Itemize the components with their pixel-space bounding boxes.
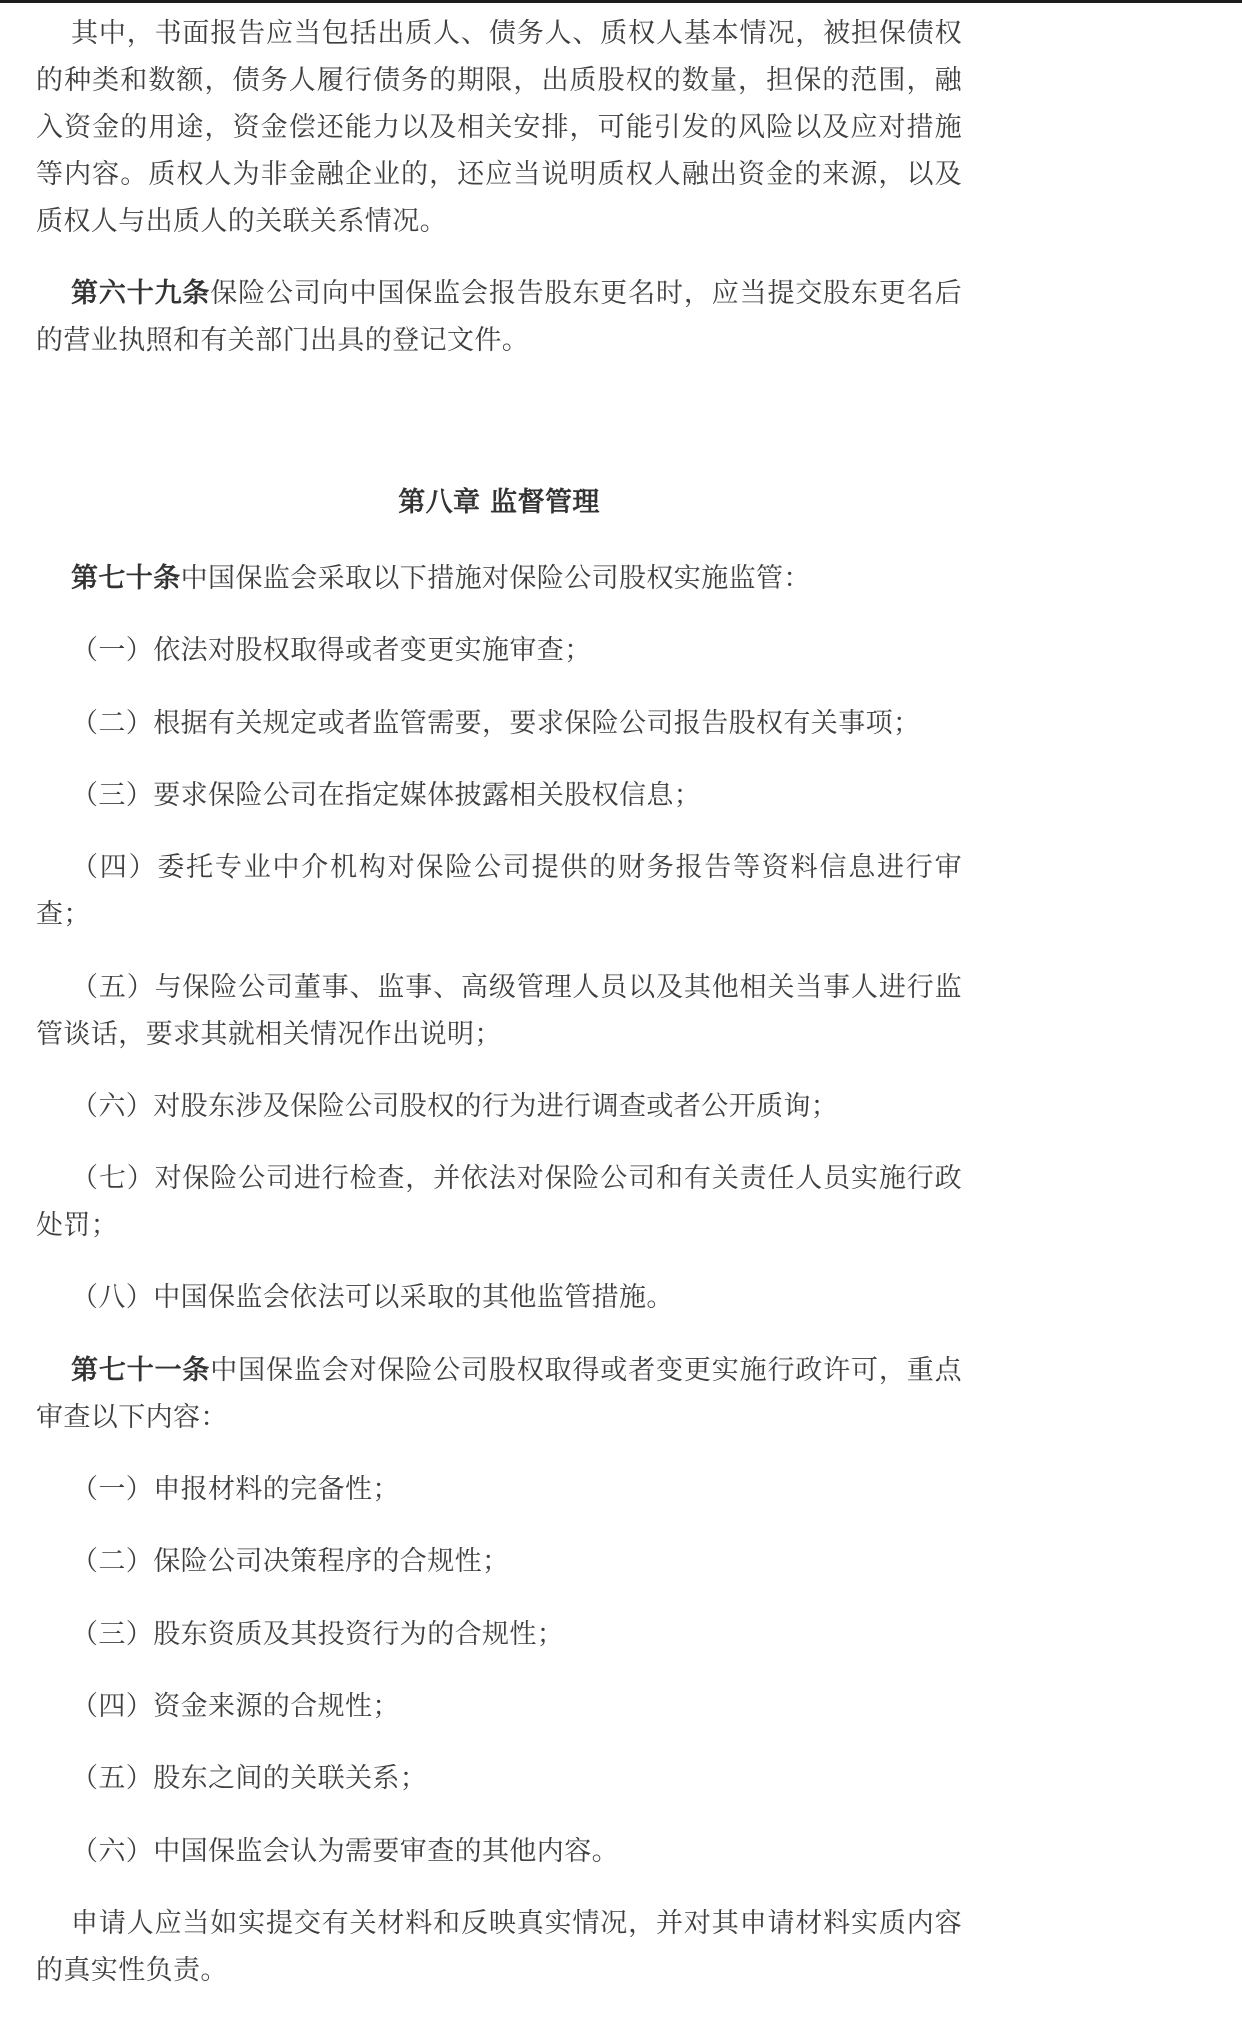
- article-71-title: 第七十一条: [71, 1355, 210, 1386]
- article-70-title: 第七十条: [71, 563, 181, 594]
- article-71-item-5: （五）股东之间的关联关系；: [36, 1755, 962, 1802]
- document-body: 其中，书面报告应当包括出质人、债务人、质权人基本情况，被担保债权的种类和数额，债…: [36, 10, 962, 2018]
- article-70-item-1: （一）依法对股权取得或者变更实施审查；: [36, 627, 962, 674]
- article-70-item-2: （二）根据有关规定或者监管需要，要求保险公司报告股权有关事项；: [36, 700, 962, 747]
- article-71-item-6: （六）中国保监会认为需要审查的其他内容。: [36, 1828, 962, 1875]
- paragraph-pledge-report-contents: 其中，书面报告应当包括出质人、债务人、质权人基本情况，被担保债权的种类和数额，债…: [36, 10, 962, 245]
- article-71-item-2: （二）保险公司决策程序的合规性；: [36, 1538, 962, 1585]
- article-70-item-5: （五）与保险公司董事、监事、高级管理人员以及其他相关当事人进行监管谈话，要求其就…: [36, 964, 962, 1058]
- article-70-text: 中国保监会采取以下措施对保险公司股权实施监管：: [181, 563, 811, 594]
- article-69-title: 第六十九条: [71, 278, 210, 309]
- article-70-item-4: （四）委托专业中介机构对保险公司提供的财务报告等资料信息进行审查；: [36, 844, 962, 938]
- article-71-closing: 申请人应当如实提交有关材料和反映真实情况，并对其申请材料实质内容的真实性负责。: [36, 1900, 962, 1994]
- chapter-heading: 第八章 监督管理: [36, 479, 962, 526]
- article-70-item-3: （三）要求保险公司在指定媒体披露相关股权信息；: [36, 772, 962, 819]
- article-71-item-3: （三）股东资质及其投资行为的合规性；: [36, 1611, 962, 1658]
- article-70-item-6: （六）对股东涉及保险公司股权的行为进行调查或者公开质询；: [36, 1083, 962, 1130]
- article-70-item-8: （八）中国保监会依法可以采取的其他监管措施。: [36, 1274, 962, 1321]
- article-71-item-4: （四）资金来源的合规性；: [36, 1683, 962, 1730]
- article-70: 第七十条中国保监会采取以下措施对保险公司股权实施监管：: [36, 555, 962, 602]
- article-70-item-7: （七）对保险公司进行检查，并依法对保险公司和有关责任人员实施行政处罚；: [36, 1155, 962, 1249]
- top-edge-bar: [0, 0, 1242, 3]
- article-69: 第六十九条保险公司向中国保监会报告股东更名时，应当提交股东更名后的营业执照和有关…: [36, 270, 962, 364]
- article-71: 第七十一条中国保监会对保险公司股权取得或者变更实施行政许可，重点审查以下内容：: [36, 1347, 962, 1441]
- article-71-item-1: （一）申报材料的完备性；: [36, 1466, 962, 1513]
